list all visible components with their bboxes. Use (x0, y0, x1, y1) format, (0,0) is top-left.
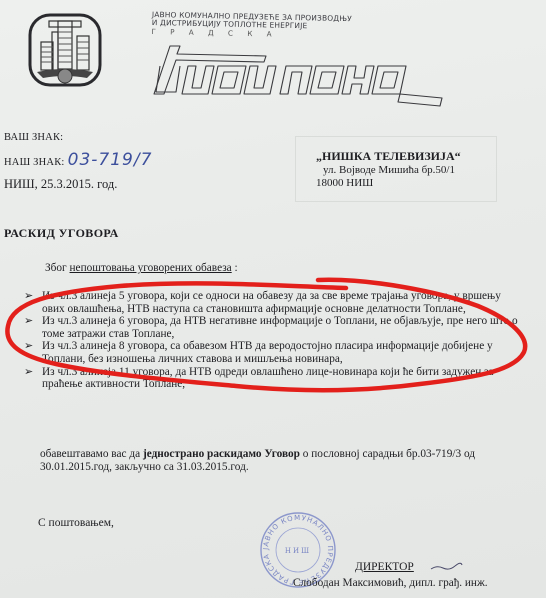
list-item-text: Из чл.3 алинеја 5 уговора, који се однос… (42, 290, 501, 315)
arrow-bullet-icon: ➢ (24, 290, 33, 303)
place-date: НИШ, 25.3.2015. год. (4, 177, 117, 192)
organization-name: ЈАВНО КОМУНАЛНО ПРЕДУЗЕЋЕ ЗА ПРОИЗВОДЊУ … (151, 11, 351, 40)
recipient-name: „НИШКА ТЕЛЕВИЗИЈА“ (316, 149, 461, 164)
subject-heading: РАСКИД УГОВОРА (4, 226, 119, 241)
arrow-bullet-icon: ➢ (24, 340, 33, 353)
closing-salutation: С поштовањем, (38, 517, 114, 529)
toplana-wordmark (146, 44, 446, 108)
list-item-text: Из чл.3 алинеја 8 уговора, са обавезом Н… (42, 340, 493, 365)
intro-underlined: непоштовања уговорених обавеза (70, 262, 232, 274)
conclusion-bold: једнострано раскидамо Уговор (143, 448, 300, 460)
list-item: ➢Из чл.3 алинеја 5 уговора, који се одно… (24, 290, 524, 315)
list-item: ➢Из чл.3 алинеја 8 уговора, са обавезом … (24, 340, 524, 365)
intro-line: Због непоштовања уговорених обавеза : (45, 262, 238, 274)
list-item: ➢Из чл.3 алинеја 11 уговора, да НТВ одре… (24, 366, 524, 391)
conclusion-paragraph: обавештавамо вас да једнострано раскидам… (40, 448, 520, 474)
recipient-street: ул. Војводе Мишића бр.50/1 (323, 164, 455, 176)
recipient-address-box: „НИШКА ТЕЛЕВИЗИЈА“ ул. Војводе Мишића бр… (295, 136, 497, 202)
intro-suffix: : (232, 262, 238, 274)
list-item: ➢Из чл.3 алинеја 6 уговора, да НТВ негат… (24, 315, 524, 340)
our-reference-label: НАШ ЗНАК: (4, 157, 65, 168)
list-item-text: Из чл.3 алинеја 6 уговора, да НТВ негати… (42, 315, 518, 340)
recipient-city: 18000 НИШ (316, 177, 373, 189)
intro-prefix: Због (45, 262, 70, 274)
conclusion-part-1: обавештавамо вас да (40, 448, 143, 460)
arrow-bullet-icon: ➢ (24, 366, 33, 379)
signer-name: Слободан Максимовић, дипл. грађ. инж. (293, 577, 488, 589)
our-reference-handwritten: 03-719/7 (68, 150, 153, 170)
stamp-center-text: НИШ (285, 547, 311, 555)
violations-list: ➢Из чл.3 алинеја 5 уговора, који се одно… (24, 290, 524, 391)
toplana-logo-icon (27, 12, 103, 88)
list-item-text: Из чл.3 алинеја 11 уговора, да НТВ одред… (42, 366, 494, 391)
arrow-bullet-icon: ➢ (24, 315, 33, 328)
your-reference-label: ВАШ ЗНАК: (4, 132, 63, 143)
signer-title-text: ДИРЕКТОР (355, 561, 414, 573)
handwritten-signature-icon (429, 562, 463, 572)
signer-title: ДИРЕКТОР (355, 561, 463, 573)
our-reference: НАШ ЗНАК: 03-719/7 (4, 150, 152, 170)
your-reference: ВАШ ЗНАК: (4, 129, 63, 144)
